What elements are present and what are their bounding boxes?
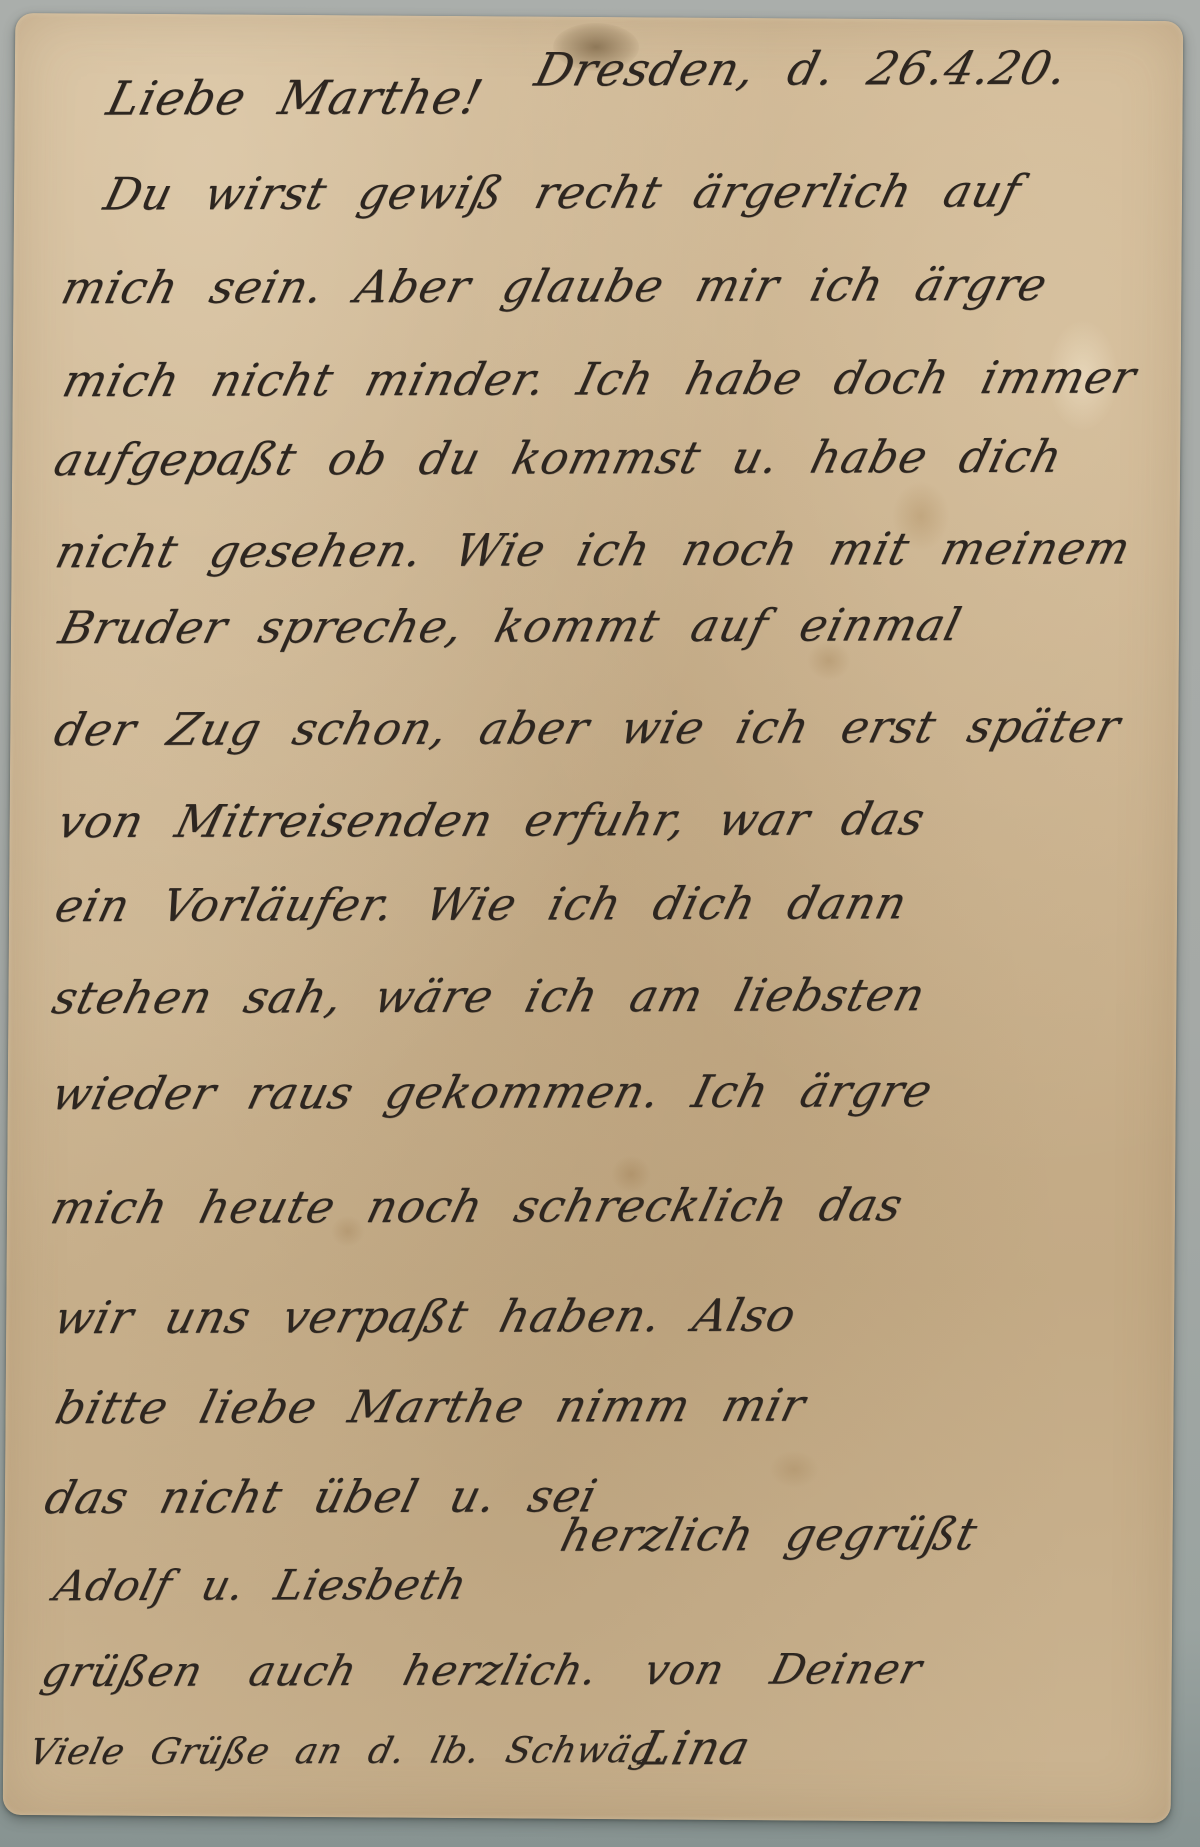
handwriting-line: aufgepaßt ob du kommst u. habe dich [50,434,1067,482]
handwriting-line: ein Vorläufer. Wie ich dich dann [51,880,912,928]
handwriting-line: bitte liebe Marthe nimm mir [51,1383,810,1431]
handwriting-line: wir uns verpaßt haben. Also [50,1293,801,1340]
postcard-paper: Liebe Marthe! Dresden, d. 26.4.20. Du wi… [3,13,1184,1823]
scanned-postcard-scene: Liebe Marthe! Dresden, d. 26.4.20. Du wi… [0,0,1200,1847]
handwriting-line: wieder raus gekommen. Ich ärgre [48,1068,938,1116]
handwriting-line: von Mitreisenden erfuhr, war das [54,796,930,844]
handwriting-line: stehen sah, wäre ich am liebsten [48,972,930,1020]
closing-line: grüßen auch herzlich. von Deiner [38,1648,927,1693]
signature: Lina [635,1725,755,1772]
dateline: Dresden, d. 26.4.20. [531,45,1073,93]
handwriting-line: Bruder spreche, kommt auf einmal [55,602,966,650]
handwriting-line: mich heute noch schrecklich das [47,1182,908,1230]
foxing-stain [769,1450,819,1488]
closing-names: Adolf u. Liesbeth [50,1564,471,1607]
handwriting-line: nicht gesehen. Wie ich noch mit meinem [51,526,1135,575]
handwriting-line: mich sein. Aber glaube mir ich ärgre [57,262,1052,310]
postscript: Viele Grüße an d. lb. Schwäg. [25,1733,671,1771]
handwriting-line: der Zug schon, aber wie ich erst später [50,704,1125,753]
handwriting-line: das nicht übel u. sei [41,1473,602,1520]
handwriting-line: Du wirst gewiß recht ärgerlich auf [100,168,1026,216]
handwriting-line: mich nicht minder. Ich habe doch immer [59,355,1141,404]
closing-greeting: herzlich gegrüßt [557,1511,983,1557]
salutation: Liebe Marthe! [103,74,488,122]
